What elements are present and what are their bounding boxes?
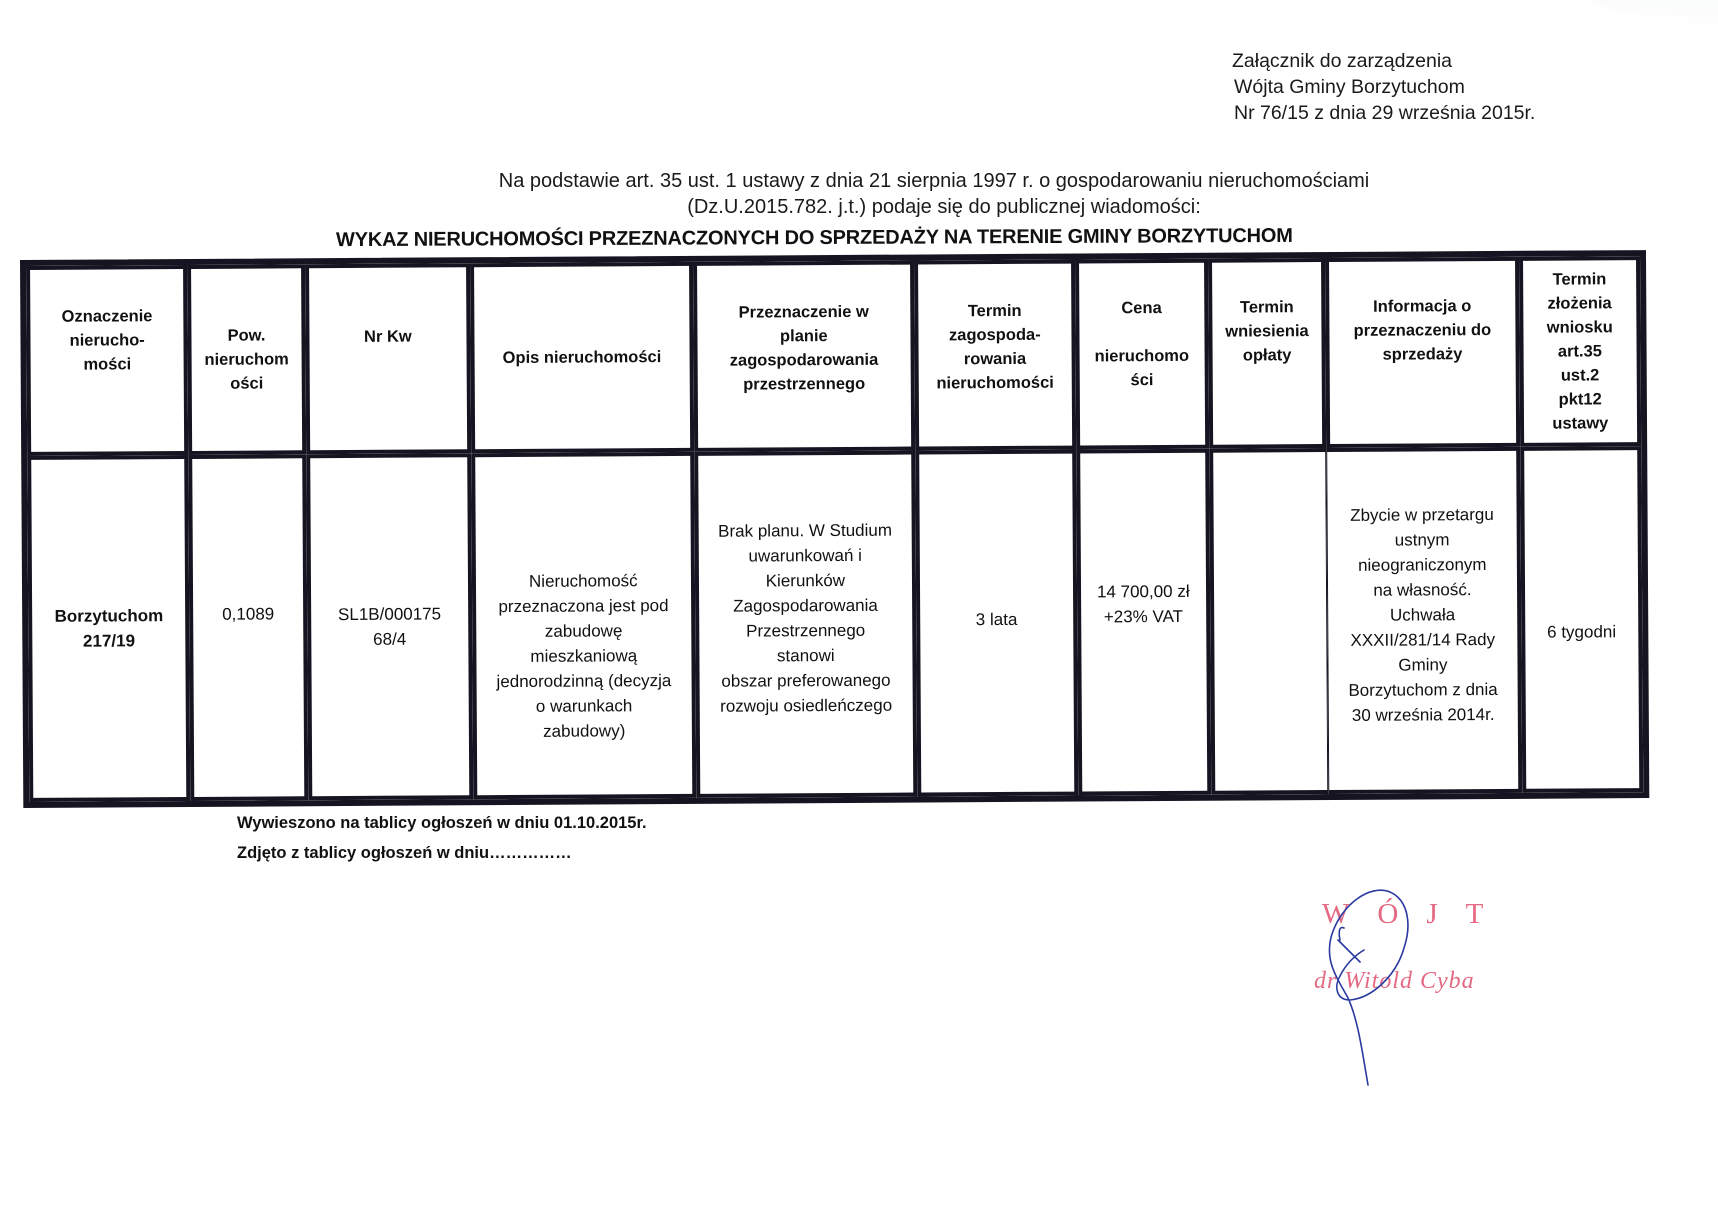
cell-text-line: art.35 (1558, 342, 1602, 360)
cell-text-line: 14 700,00 zł (1097, 582, 1190, 602)
cell-text-line: nierucho- (70, 331, 145, 349)
cell-text-line: planie (780, 327, 828, 345)
cell-termin-wniosku: 6 tygodni (1520, 446, 1643, 793)
header-przeznaczenie: Przeznaczenie wplaniezagospodarowaniaprz… (693, 261, 916, 452)
header-termin-oplaty: Terminwniesieniaopłaty (1208, 258, 1326, 449)
cell-text-line: SL1B/000175 (338, 604, 441, 624)
cell-text-line: nieruchom (204, 350, 288, 369)
cell-text-line: ustawy (1552, 414, 1608, 432)
cell-text-line: przestrzennego (743, 375, 865, 394)
cell-text-line: Borzytuchom z dnia (1348, 679, 1497, 699)
table-row: Borzytuchom217/19 0,1089 SL1B/00017568/4… (27, 446, 1643, 802)
header-nr-kw: Nr Kw (305, 263, 472, 454)
cell-text-line: stanowi (777, 646, 835, 665)
header-termin-wniosku: Terminzłożeniawnioskuart.35ust.2pkt12ust… (1519, 256, 1642, 447)
cell-text-line: o warunkach (536, 696, 633, 716)
cell-text-line: Borzytuchom (54, 606, 163, 626)
cell-opis: Nieruchomośćprzeznaczona jest podzabudow… (471, 452, 696, 799)
annex-line-1: Załącznik do zarządzenia (1232, 48, 1535, 74)
annex-header: Załącznik do zarządzenia Wójta Gminy Bor… (1232, 48, 1535, 126)
cell-text-line: zabudowę (545, 621, 623, 640)
cell-text-line: nieograniczonym (1358, 555, 1487, 575)
cell-text-line: przeznaczeniu do (1354, 321, 1492, 340)
legal-basis-intro: Na podstawie art. 35 ust. 1 ustawy z dni… (0, 168, 1718, 220)
document-title: WYKAZ NIERUCHOMOŚCI PRZEZNACZONYCH DO SP… (336, 225, 1293, 252)
cell-text-line: przeznaczona jest pod (498, 596, 668, 616)
cell-text-line: +23% VAT (1104, 607, 1183, 626)
intro-line-2: (Dz.U.2015.782. j.t.) podaje się do publ… (0, 194, 1718, 220)
cell-text-line: sprzedaży (1383, 345, 1463, 363)
cell-powierzchnia: 0,1089 (189, 454, 308, 801)
posted-date-note: Wywieszono na tablicy ogłoszeń w dniu 01… (237, 808, 647, 838)
cell-text-line: zabudowy) (543, 721, 625, 741)
cell-text-line: Nieruchomość (529, 571, 638, 591)
cell-text-line: rozwoju osiedleńczego (720, 696, 892, 716)
cell-text-line (1139, 323, 1144, 341)
cell-text-line: nieruchomo (1095, 347, 1190, 366)
cell-text-line: Uchwała (1390, 605, 1455, 624)
cell-text-line: Cena (1121, 299, 1161, 317)
cell-text-line: wniesienia (1225, 322, 1309, 341)
cell-text-line: zagospoda- (949, 326, 1041, 345)
cell-text-line: ust.2 (1561, 366, 1600, 384)
cell-text-line: jednorodzinną (decyzja (496, 671, 671, 691)
cell-text-line: rowania (964, 350, 1026, 368)
cell-informacja: Zbycie w przetarguustnymnieograniczonymn… (1326, 447, 1522, 794)
page-fold-shadow (1416, 0, 1718, 51)
cell-text-line: nieruchomości (936, 374, 1053, 393)
cell-przeznaczenie: Brak planu. W Studiumuwarunkowań iKierun… (694, 451, 918, 798)
cell-text-line: mieszkaniową (530, 646, 637, 666)
posting-notes: Wywieszono na tablicy ogłoszeń w dniu 01… (237, 808, 647, 868)
cell-text-line: Oznaczenie (62, 307, 153, 326)
cell-text-line: Termin (1553, 270, 1607, 288)
cell-nr-kw: SL1B/00017568/4 (306, 453, 474, 800)
cell-termin-oplaty (1209, 448, 1328, 795)
cell-text-line: ości (230, 375, 263, 393)
official-stamp: WÓJT dr Witold Cyba (1310, 880, 1560, 1110)
removed-date-note: Zdjęto z tablicy ogłoszeń w dniu…………… (237, 838, 647, 868)
header-termin-zagospodarowania: Terminzagospoda-rowanianieruchomości (914, 260, 1076, 451)
header-opis: Opis nieruchomości (470, 262, 694, 453)
cell-text-line: ustnym (1395, 530, 1450, 549)
annex-line-3: Nr 76/15 z dnia 29 września 2015r. (1232, 100, 1535, 126)
cell-text-line: XXXII/281/14 Rady (1350, 629, 1495, 649)
cell-text-line: ści (1130, 371, 1153, 389)
cell-text-line: Przeznaczenie w (739, 303, 869, 322)
header-powierzchnia: Pow.nieruchomości (187, 264, 305, 455)
cell-text-line: 68/4 (373, 630, 406, 649)
cell-text-line: Termin (968, 302, 1022, 320)
header-oznaczenie: Oznaczenienierucho-mości (26, 265, 189, 456)
cell-text-line: mości (83, 355, 131, 373)
cell-text-line: pkt12 (1559, 390, 1602, 408)
cell-text-line: zagospodarowania (730, 351, 879, 370)
cell-text-line: Zbycie w przetargu (1350, 505, 1494, 525)
property-list-table: Oznaczenienierucho-mości Pow.nieruchomoś… (20, 250, 1649, 808)
cell-text-line: wniosku (1547, 318, 1613, 336)
cell-text-line: Zagospodarowania (733, 596, 878, 616)
cell-text-line: 3 lata (976, 609, 1018, 628)
cell-text-line: Termin (1240, 298, 1294, 316)
cell-text-line: 6 tygodni (1547, 622, 1616, 641)
header-informacja: Informacja oprzeznaczeniu dosprzedaży (1325, 257, 1520, 448)
intro-line-1: Na podstawie art. 35 ust. 1 ustawy z dni… (0, 168, 1718, 194)
cell-text-line: 0,1089 (222, 604, 274, 623)
table-header-row: Oznaczenienierucho-mości Pow.nieruchomoś… (26, 256, 1641, 456)
handwritten-signature-icon (1310, 880, 1560, 1110)
cell-text-line: Brak planu. W Studium (718, 521, 892, 541)
cell-oznaczenie: Borzytuchom217/19 (27, 455, 191, 802)
cell-text-line: obszar preferowanego (721, 671, 890, 691)
cell-text-line: 217/19 (83, 631, 135, 650)
cell-text-line: Kierunków (766, 571, 845, 590)
cell-text-line: Informacja o (1373, 297, 1471, 316)
cell-termin-zagospodarowania: 3 lata (915, 450, 1078, 797)
cell-text-line: Nr Kw (364, 328, 412, 346)
annex-line-2: Wójta Gminy Borzytuchom (1232, 74, 1535, 100)
cell-text-line: uwarunkowań i (748, 546, 862, 566)
cell-text-line: opłaty (1243, 346, 1292, 364)
cell-text-line: na własność. (1373, 580, 1471, 600)
header-cena: Cena nieruchomości (1075, 259, 1209, 450)
cell-text-line: złożenia (1547, 294, 1611, 312)
cell-text-line: Opis nieruchomości (503, 348, 662, 367)
cell-text-line: Gminy (1398, 655, 1447, 674)
cell-text-line: 30 września 2014r. (1352, 705, 1495, 725)
cell-text-line: Przestrzennego (746, 621, 865, 641)
cell-text-line: Pow. (227, 327, 265, 345)
cell-cena: 14 700,00 zł+23% VAT (1076, 449, 1211, 796)
